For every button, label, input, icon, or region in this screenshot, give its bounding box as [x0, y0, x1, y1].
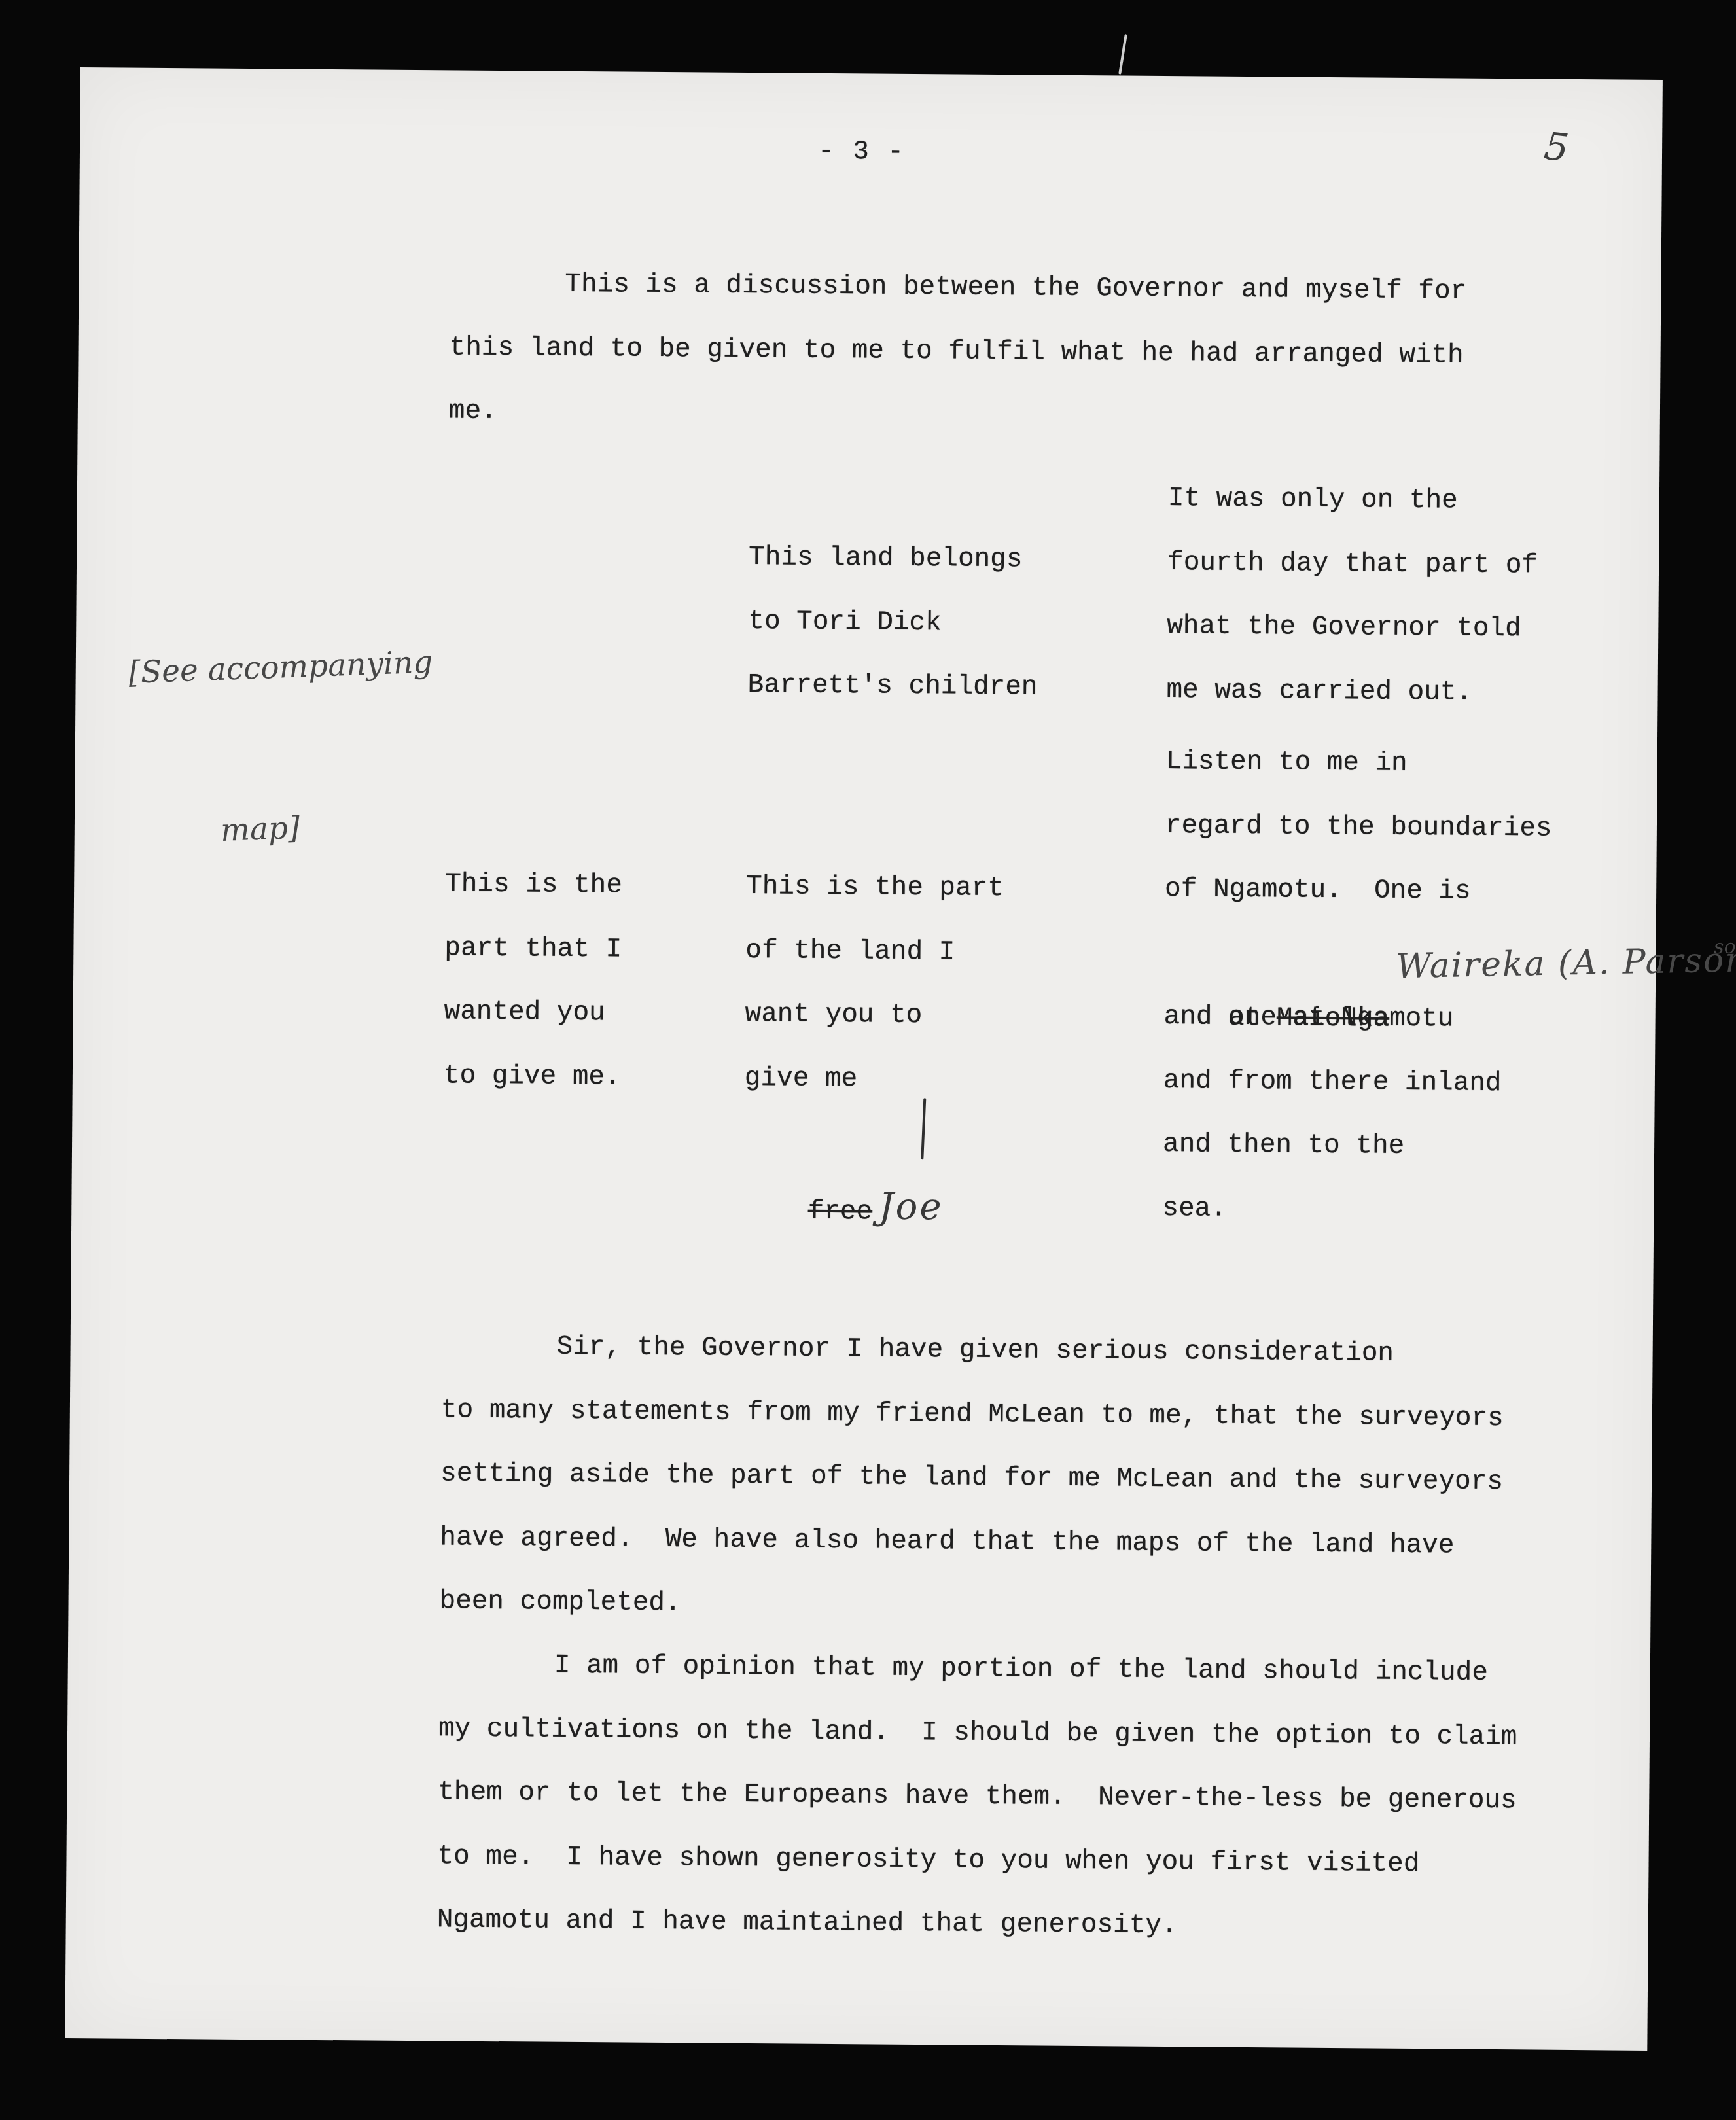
- handwritten-waireka-text: Waireka (A. Parson-: [1396, 940, 1736, 986]
- typed-line: give me: [745, 1047, 1002, 1113]
- middle-column-tori-dick: This land belongsto Tori DickBarrett's c…: [747, 526, 1038, 720]
- right-column-inland-sea: and one at Ngamotuand from there inlanda…: [1162, 985, 1502, 1243]
- microfilm-frame: { "page": { "page_number": "- 3 -", "fol…: [0, 0, 1736, 2120]
- typed-line: regard to the boundaries: [1165, 794, 1552, 861]
- left-column-part-wanted: This is thepart that Iwanted youto give …: [444, 853, 623, 1109]
- typed-line: them or to let the Europeans have them. …: [438, 1761, 1517, 1833]
- typed-line: have agreed. We have also heard that the…: [440, 1506, 1503, 1578]
- folio-number: 5: [1542, 124, 1570, 171]
- typed-line: This is the part: [746, 855, 1004, 921]
- typed-line: this land to be given to me to fulfil wh…: [449, 316, 1466, 388]
- typed-line: me.: [449, 380, 1466, 451]
- typed-line: and one at Ngamotu: [1163, 985, 1502, 1052]
- closing-paragraph-generosity: I am of opinion that my portion of the l…: [436, 1633, 1517, 1960]
- typed-line: I am of opinion that my portion of the l…: [438, 1633, 1517, 1705]
- closing-paragraph-consideration: Sir, the Governor I have given serious c…: [439, 1315, 1504, 1642]
- typed-line: to give me.: [444, 1044, 621, 1110]
- struck-word-free: free: [808, 1196, 873, 1227]
- typed-line: part that I: [444, 917, 622, 982]
- handwritten-waireka-wrap: son: [1714, 935, 1736, 959]
- document-page: - 3 - 5 This is a discussion between the…: [65, 67, 1663, 2051]
- opening-paragraph: This is a discussion between the Governo…: [449, 252, 1467, 451]
- handwritten-joe-correction: Joe: [879, 1185, 944, 1228]
- typed-line: and from there inland: [1163, 1050, 1502, 1116]
- typed-line: This land belongs: [749, 526, 1039, 592]
- typed-line: of the land I: [745, 919, 1003, 985]
- typed-line: sea.: [1162, 1177, 1500, 1244]
- typed-line: This is the: [445, 853, 622, 918]
- typed-line: Ngamotu and I have maintained that gener…: [436, 1888, 1515, 1960]
- typed-line: Sir, the Governor I have given serious c…: [441, 1315, 1504, 1387]
- typed-line: setting aside the part of the land for m…: [440, 1442, 1504, 1514]
- typed-line: to Tori Dick: [748, 590, 1038, 656]
- margin-note-line: map]: [220, 796, 440, 858]
- typed-line: my cultivations on the land. I should be…: [438, 1697, 1517, 1769]
- margin-note-line: [See accompanying: [128, 635, 434, 700]
- typed-line: to many statements from my friend McLean…: [441, 1379, 1504, 1451]
- right-column-fourth-day: It was only on thefourth day that part o…: [1166, 467, 1538, 725]
- typed-line: want you to: [745, 983, 1002, 1049]
- typed-line: to me. I have shown generosity to you wh…: [437, 1825, 1516, 1897]
- typed-line: This is a discussion between the Governo…: [450, 252, 1467, 324]
- typed-line: and then to the: [1163, 1113, 1501, 1180]
- typed-line: wanted you: [444, 980, 621, 1046]
- typed-line: fourth day that part of: [1167, 531, 1538, 598]
- typed-line: It was only on the: [1167, 467, 1538, 534]
- typed-line: what the Governor told: [1167, 595, 1538, 662]
- typed-line: me was carried out.: [1166, 659, 1537, 726]
- middle-column-part-requested: This is the partof the land Iwant you to…: [745, 855, 1004, 1112]
- page-number: - 3 -: [818, 137, 905, 168]
- typed-line: Barrett's children: [747, 654, 1038, 720]
- typed-line: been completed.: [439, 1570, 1502, 1642]
- right-column-boundaries: Listen to me inregard to the boundarieso…: [1165, 730, 1553, 925]
- margin-note-see-map: [See accompanying map]: [124, 528, 443, 968]
- typed-line: Listen to me in: [1165, 730, 1552, 797]
- film-scratch: [1118, 34, 1127, 75]
